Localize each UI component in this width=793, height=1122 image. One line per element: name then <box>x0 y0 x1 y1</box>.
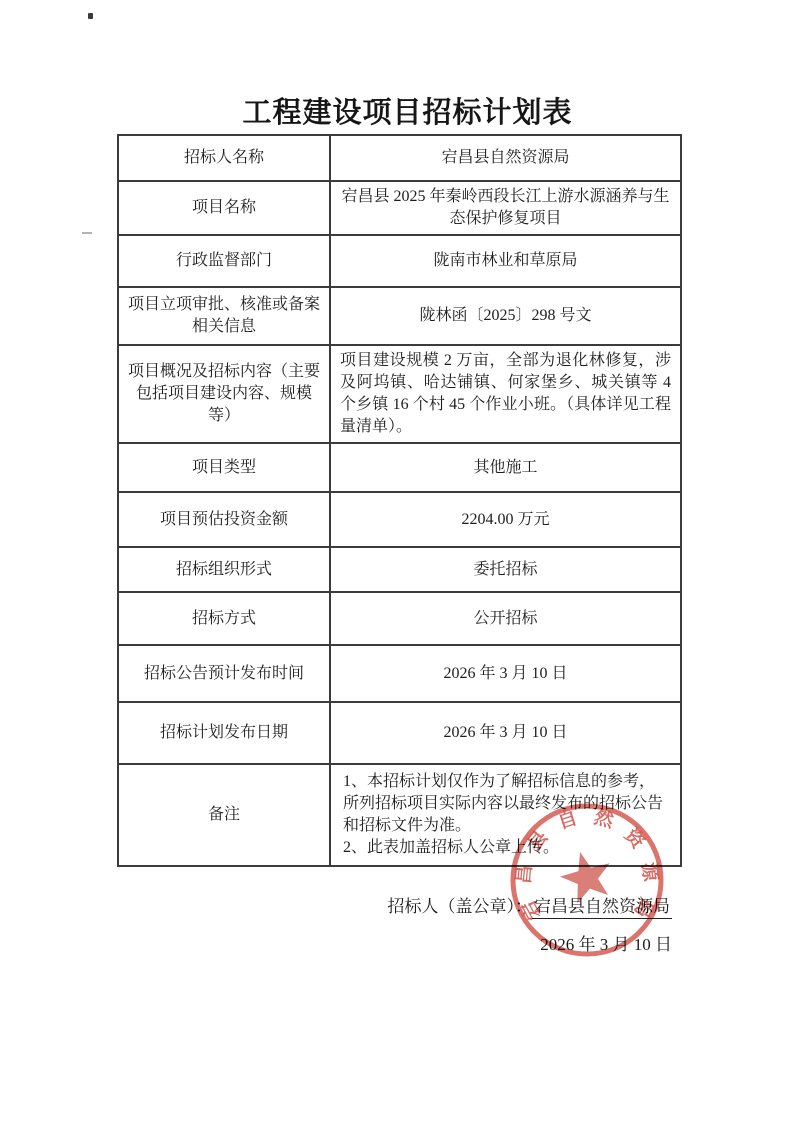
table-row: 招标公告预计发布时间 2026 年 3 月 10 日 <box>118 645 681 702</box>
row-label: 招标计划发布日期 <box>118 702 330 764</box>
seal-star-icon <box>555 845 617 905</box>
row-label: 项目预估投资金额 <box>118 492 330 547</box>
page-title: 工程建设项目招标计划表 <box>11 90 793 131</box>
table-row: 招标计划发布日期 2026 年 3 月 10 日 <box>118 702 681 764</box>
row-label: 项目类型 <box>118 443 330 492</box>
row-label: 招标方式 <box>118 592 330 645</box>
table-row: 招标人名称 宕昌县自然资源局 <box>118 135 681 181</box>
row-value: 陇南市林业和草原局 <box>330 235 681 287</box>
table-row: 招标方式 公开招标 <box>118 592 681 645</box>
row-value: 委托招标 <box>330 547 681 592</box>
table-row: 项目立项审批、核准或备案相关信息 陇林函〔2025〕298 号文 <box>118 287 681 345</box>
scan-speck <box>88 13 93 19</box>
row-value: 其他施工 <box>330 443 681 492</box>
row-value: 2026 年 3 月 10 日 <box>330 702 681 764</box>
table-row: 项目类型 其他施工 <box>118 443 681 492</box>
row-label: 项目名称 <box>118 181 330 235</box>
row-label: 招标人名称 <box>118 135 330 181</box>
row-value: 宕昌县 2025 年秦岭西段长江上游水源涵养与生态保护修复项目 <box>330 181 681 235</box>
row-value: 2026 年 3 月 10 日 <box>330 645 681 702</box>
row-label: 备注 <box>118 764 330 866</box>
row-label: 项目立项审批、核准或备案相关信息 <box>118 287 330 345</box>
row-label: 行政监督部门 <box>118 235 330 287</box>
table-row: 项目概况及招标内容（主要包括项目建设内容、规模等） 项目建设规模 2 万亩，全部… <box>118 345 681 443</box>
row-value: 公开招标 <box>330 592 681 645</box>
official-seal-stamp: 宕昌县自然资源局 <box>497 790 677 970</box>
row-value: 宕昌县自然资源局 <box>330 135 681 181</box>
row-label: 招标组织形式 <box>118 547 330 592</box>
table-row: 项目预估投资金额 2204.00 万元 <box>118 492 681 547</box>
row-value: 项目建设规模 2 万亩，全部为退化林修复，涉及阿坞镇、哈达铺镇、何家堡乡、城关镇… <box>330 345 681 443</box>
table-row: 行政监督部门 陇南市林业和草原局 <box>118 235 681 287</box>
table-row: 招标组织形式 委托招标 <box>118 547 681 592</box>
scan-dash <box>82 232 92 234</box>
row-value: 2204.00 万元 <box>330 492 681 547</box>
bidding-plan-table: 招标人名称 宕昌县自然资源局 项目名称 宕昌县 2025 年秦岭西段长江上游水源… <box>117 134 682 867</box>
row-value: 陇林函〔2025〕298 号文 <box>330 287 681 345</box>
table-row: 项目名称 宕昌县 2025 年秦岭西段长江上游水源涵养与生态保护修复项目 <box>118 181 681 235</box>
row-label: 项目概况及招标内容（主要包括项目建设内容、规模等） <box>118 345 330 443</box>
row-label: 招标公告预计发布时间 <box>118 645 330 702</box>
